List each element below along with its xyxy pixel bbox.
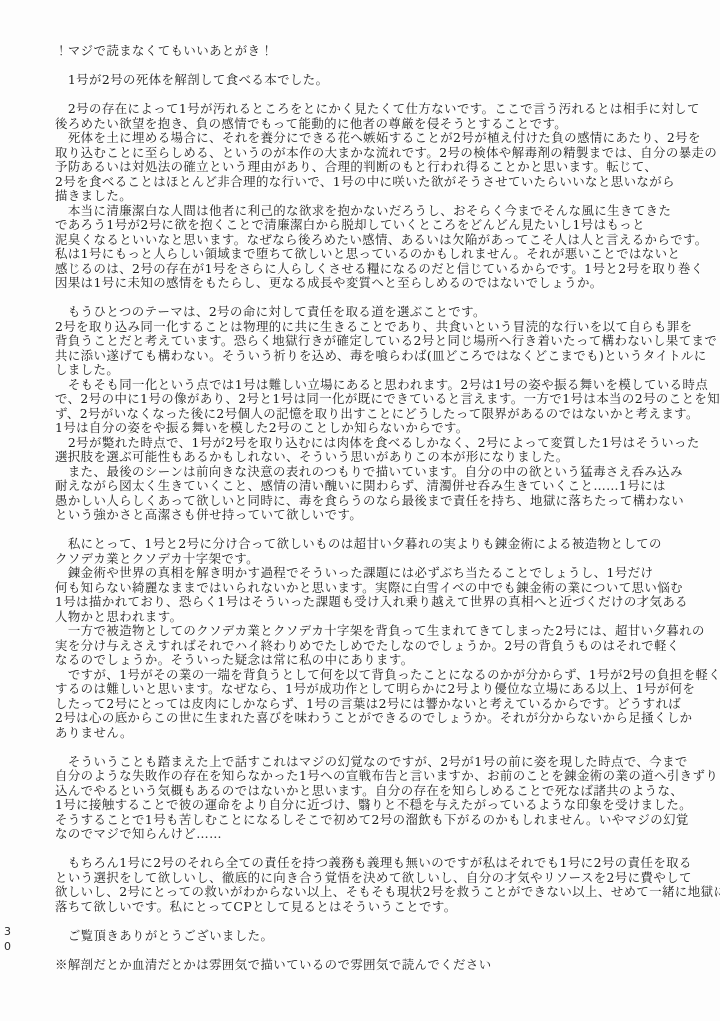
text-line: 1号に接触することで彼の運命をより自分に近づけ、翳りと不穏を与えたがっているよう… [55, 798, 687, 813]
text-line: 1号は自分の姿をや振る舞いを模した2号のことしか知らないからです。 [55, 421, 687, 436]
text-line: ※解剖だとか血清だとかは雰囲気で描いているので雰囲気で読んでください [55, 958, 687, 973]
text-line: 一方で被造物としてのクソデカ業とクソデカ十字架を背負って生まれてきてしまった2号… [55, 624, 687, 639]
text-line: しました。 [55, 363, 687, 378]
text-line: また、最後のシーンは前向きな決意の表れのつもりで描いています。自分の中の欲という… [55, 465, 687, 480]
text-line: そういうことも踏まえた上で話すこれはマジの幻覚なのですが、2号が1号の前に姿を現… [55, 755, 687, 770]
text-line: もうひとつのテーマは、2号の命に対して責任を取る道を選ぶことです。 [55, 305, 687, 320]
text-line: 1号は描かれており、恐らく1号はそういった課題も受け入れ乗り越えて世界の真相へと… [55, 595, 687, 610]
text-line: 死体を土に埋める場合に、それを養分にできる花へ嫉妬することが2号が植え付けた負の… [55, 131, 687, 146]
text-line: もちろん1号に2号のそれら全ての責任を持つ義務も義理も無いのですが私はそれでも1… [55, 856, 687, 871]
text-line: 2号は心の底からこの世に生まれた喜びを味わうことができるのでしょうか。それが分か… [55, 711, 687, 726]
text-line: 選択肢を選ぶ可能性もあるかもしれない、そういう思いがありこの本が形になりました。 [55, 450, 687, 465]
text-line: 取り込むことに至らしめる、というのが本作の大まかな流れです。2号の検体や解毒剤の… [55, 146, 687, 161]
text-line: 共に添い遂げても構わない。そういう祈りを込め、毒を喰らわば(皿どころではなくどこ… [55, 349, 687, 364]
page-number: 3 0 [4, 924, 11, 954]
blank-line [55, 914, 687, 929]
text-line: 錬金術や世界の真相を解き明かす過程でそういった課題には必ずぶち当たることでしょう… [55, 566, 687, 581]
text-line: 2号を取り込み同一化することは物理的に共に生きることであり、共食いという冒涜的な… [55, 320, 687, 335]
text-line: 予防あるいは対処法の確立という理由があり、合理的判断のもと行われ得ることかと思い… [55, 160, 687, 175]
text-line: 愚かしい人らしくあって欲しいと同時に、毒を食らうのなら最後まで責任を持ち、地獄に… [55, 494, 687, 509]
text-line: ず、2号がいなくなった後に2号個人の記憶を取り出すことにどうしたって限界があるの… [55, 407, 687, 422]
text-line: 本当に清廉潔白な人間は他者に利己的な欲求を抱かないだろうし、おそらく今までそんな… [55, 204, 687, 219]
text-line: であろう1号が2号に欲を抱くことで清廉潔白から脱却していくところをどんどん見たい… [55, 218, 687, 233]
text-line: 耐えながら図太く生きていくこと、感情の清い醜いに関わらず、清濁併せ呑み生きていく… [55, 479, 687, 494]
text-line: 因果は1号に未知の感情をもたらし、更なる成長や変質へと至らしめるのではないでしょ… [55, 276, 687, 291]
text-line: 実を分け与えさえすればそれでハイ終わりめでたしめでたしなのでしょうか。2号の背負… [55, 639, 687, 654]
text-line: 人物かと思われます。 [55, 610, 687, 625]
blank-line [55, 523, 687, 538]
text-line: ですが、1号がその業の一端を背負うとして何を以て背負ったことになるのかが分からず… [55, 668, 687, 683]
text-line: 込んでやるという気概もあるのではないかと思います。自分の存在を知らしめることで死… [55, 784, 687, 799]
blank-line [55, 88, 687, 103]
text-line: 2号を食べることはほとんど非合理的な行いで、1号の中に咲いた欲がそうさせていたら… [55, 175, 687, 190]
text-line: そうすることで1号も苦しむことになるしそこで初めて2号の溜飲も下がるのかもしれま… [55, 813, 687, 828]
text-line: なのでマジで知らんけど…… [55, 827, 687, 842]
text-line: ありません。 [55, 726, 687, 741]
text-line: そもそも同一化という点では1号は難しい立場にあると思われます。2号は1号の姿や振… [55, 378, 687, 393]
text-line: という強かさと高潔さも併せ持っていて欲しいです。 [55, 508, 687, 523]
text-line: 落ちて欲しいです。私にとってCPとして見るとはそういうことです。 [55, 900, 687, 915]
text-line: クソデカ業とクソデカ十字架です。 [55, 552, 687, 567]
text-line: 私にとって、1号と2号に分け合って欲しいものは超甘い夕暮れの実よりも錬金術による… [55, 537, 687, 552]
text-line: 私は1号にもっと人らしい領域まで堕ちて欲しいと思っているのかもしれません。それが… [55, 247, 687, 262]
blank-line [55, 291, 687, 306]
text-line: という選択をして欲しいし、徹底的に向き合う覚悟を決めて欲しいし、自分の才気やリソ… [55, 871, 687, 886]
blank-line [55, 943, 687, 958]
text-line: 1号が2号の死体を解剖して食べる本でした。 [55, 73, 687, 88]
text-line: するのは難しいと思います。なぜなら、1号が成功作として明らかに2号より優位な立場… [55, 682, 687, 697]
text-block: ！マジで読まなくてもいいあとがき！ 1号が2号の死体を解剖して食べる本でした。 … [55, 44, 687, 972]
text-line: 欲しいし、2号にとっての救いがわからない以上、そもそも現状2号を救うことができな… [55, 885, 687, 900]
blank-line [55, 842, 687, 857]
text-line: したって2号にとっては皮肉にしかならず、1号の言葉は2号には響かないと考えている… [55, 697, 687, 712]
text-line: 自分のような失敗作の存在を知らなかった1号への宣戦布告と言いますか、お前のことを… [55, 769, 687, 784]
afterword-title-line: ！マジで読まなくてもいいあとがき！ [55, 44, 687, 59]
blank-line [55, 59, 687, 74]
text-line: 感じるのは、2号の存在が1号をさらに人らしくさせる糧になるのだと信じているからで… [55, 262, 687, 277]
text-line: 泥臭くなるといいなと思います。なぜなら後ろめたい感情、あるいは欠陥があってこそ人… [55, 233, 687, 248]
text-line: 描きました。 [55, 189, 687, 204]
blank-line [55, 740, 687, 755]
text-line: で、2号の中に1号の像があり、2号と1号は同一化が既にできていると言えます。一方… [55, 392, 687, 407]
text-line: なるのでしょうか。そういった疑念は常に私の中にあります。 [55, 653, 687, 668]
text-line: 後ろめたい欲望を抱き、負の感情でもって能動的に他者の尊厳を侵そうとすることです。 [55, 117, 687, 132]
text-line: ご覧頂きありがとうございました。 [55, 929, 687, 944]
text-line: 2号が斃れた時点で、1号が2号を取り込むには肉体を食べるしかなく、2号によって変… [55, 436, 687, 451]
text-line: 2号の存在によって1号が汚れるところをとにかく見たくて仕方ないです。ここで言う汚… [55, 102, 687, 117]
afterword-page: 3 0 ！マジで読まなくてもいいあとがき！ 1号が2号の死体を解剖して食べる本で… [0, 0, 720, 1021]
text-line: 背負うことだと考えています。恐らく地獄行きが確定している2号と同じ場所へ行き着い… [55, 334, 687, 349]
text-line: 何も知らない綺麗なままではいられないかと思います。実際に白雪イベの中でも錬金術の… [55, 581, 687, 596]
